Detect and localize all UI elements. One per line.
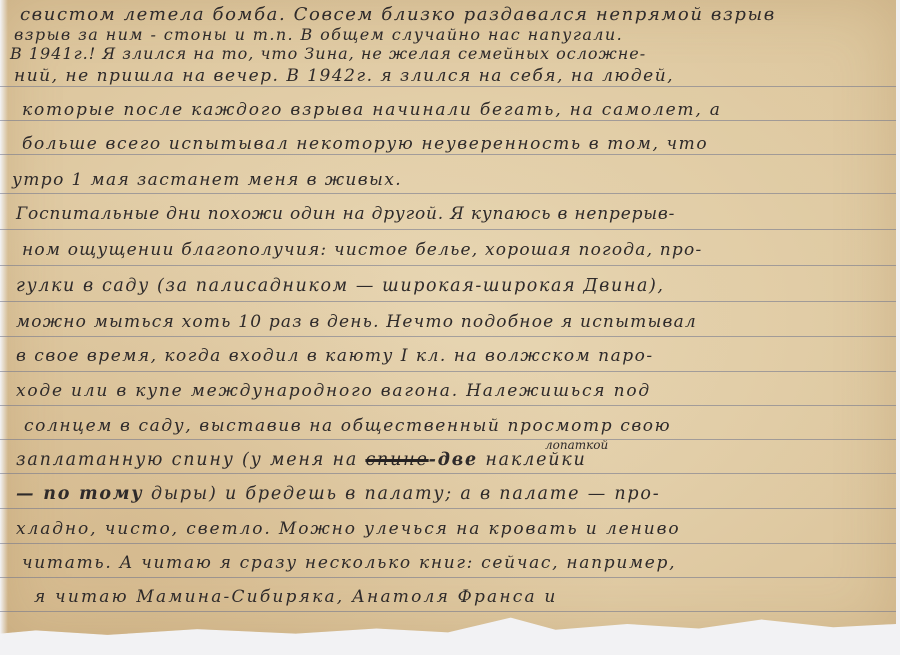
handwritten-line-6: больше всего испытывал некоторую неувере…: [22, 134, 708, 154]
handwritten-line-8: Госпитальные дни похожи один на другой. …: [16, 204, 675, 224]
handwritten-line-3: В 1941г.! Я злился на то, что Зина, не ж…: [10, 44, 646, 63]
ruled-line: [0, 508, 896, 509]
handwritten-line-16: — по тому дыры) и бредешь в палату; а в …: [16, 484, 661, 504]
ruled-line: [0, 120, 896, 121]
ruled-line: [0, 543, 896, 544]
line-15-tail: наклейки: [485, 450, 586, 470]
ruled-line: [0, 301, 896, 302]
handwritten-line-13: ходе или в купе международного вагона. Н…: [16, 381, 651, 401]
inserted-word-above: лопаткой: [545, 438, 608, 452]
handwritten-line-9: ном ощущении благополучия: чистое белье,…: [22, 240, 702, 260]
paper-left-edge: [0, 0, 8, 640]
ruled-line: [0, 86, 896, 87]
handwritten-line-10: гулки в саду (за палисадником — широкая-…: [16, 276, 665, 296]
line-15-before-text: заплатанную спину (у меня на: [16, 450, 358, 470]
ruled-line: [0, 193, 896, 194]
handwritten-line-15: заплатанную спину (у меня на спине-две н…: [16, 450, 587, 470]
handwritten-line-14: солнцем в саду, выставив на общественный…: [24, 416, 671, 436]
handwritten-line-19: я читаю Мамина-Сибиряка, Анатоля Франса …: [34, 587, 558, 607]
line-16-bold-start: — по тому: [16, 484, 144, 504]
ruled-line: [0, 611, 896, 612]
handwritten-line-4: ний, не пришла на вечер. В 1942г. я злил…: [14, 66, 674, 86]
handwritten-line-18: читать. А читаю я сразу несколько книг: …: [22, 553, 676, 573]
scanned-letter-page: свистом летела бомба. Совсем близко разд…: [0, 0, 900, 655]
ruled-line: [0, 473, 896, 474]
line-16-rest: дыры) и бредешь в палату; а в палате — п…: [151, 484, 661, 504]
handwritten-line-2: взрыв за ним - стоны и т.п. В общем случ…: [14, 25, 623, 44]
ruled-line: [0, 577, 896, 578]
ruled-line: [0, 229, 896, 230]
ruled-line: [0, 265, 896, 266]
line-15-after-struck: -две: [429, 450, 478, 470]
ruled-line: [0, 439, 896, 440]
handwritten-line-12: в свое время, когда входил в каюту I кл.…: [16, 346, 654, 366]
handwritten-line-5: которые после каждого взрыва начинали бе…: [22, 100, 722, 120]
handwritten-line-1: свистом летела бомба. Совсем близко разд…: [20, 4, 776, 25]
ruled-line: [0, 371, 896, 372]
struck-out-word: спине: [365, 450, 428, 470]
ruled-line: [0, 336, 896, 337]
ruled-line: [0, 405, 896, 406]
handwritten-line-7: утро 1 мая застанет меня в живых.: [12, 170, 402, 190]
handwritten-line-17: хладно, чисто, светло. Можно улечься на …: [16, 519, 681, 539]
ruled-line: [0, 154, 896, 155]
handwritten-line-11: можно мыться хоть 10 раз в день. Нечто п…: [16, 312, 697, 332]
